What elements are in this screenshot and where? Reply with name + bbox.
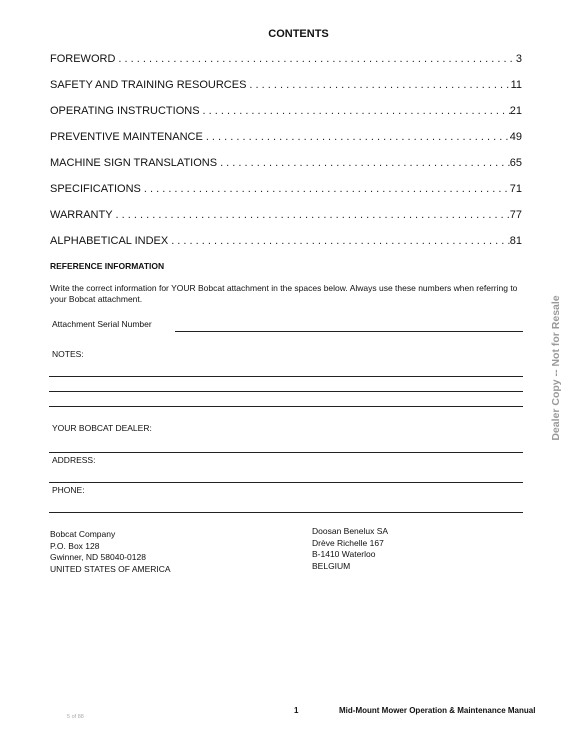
notes-line-3[interactable] bbox=[49, 406, 523, 407]
eu-address-line: Doosan Benelux SA bbox=[312, 526, 388, 538]
dealer-copy-watermark: Dealer Copy -- Not for Resale bbox=[550, 295, 562, 440]
toc-leader bbox=[116, 209, 510, 221]
toc-label: WARRANTY bbox=[50, 209, 116, 221]
reference-heading: REFERENCE INFORMATION bbox=[50, 261, 164, 271]
serial-number-label: Attachment Serial Number bbox=[52, 319, 152, 329]
toc-page: 3 bbox=[516, 53, 522, 65]
toc-label: MACHINE SIGN TRANSLATIONS bbox=[50, 157, 220, 169]
toc-page: 77 bbox=[510, 209, 522, 221]
dealer-field[interactable] bbox=[49, 452, 523, 453]
toc-page: 49 bbox=[510, 131, 522, 143]
reference-intro: Write the correct information for YOUR B… bbox=[50, 283, 525, 305]
toc-leader bbox=[249, 79, 510, 91]
eu-address: Doosan Benelux SA Drève Richelle 167 B-1… bbox=[312, 526, 388, 572]
serial-number-field[interactable] bbox=[175, 331, 523, 332]
dealer-label: YOUR BOBCAT DEALER: bbox=[52, 423, 152, 433]
notes-label: NOTES: bbox=[52, 349, 84, 359]
toc-label: ALPHABETICAL INDEX bbox=[50, 235, 171, 247]
toc-leader bbox=[118, 53, 515, 65]
toc-leader bbox=[203, 105, 510, 117]
address-label: ADDRESS: bbox=[52, 455, 95, 465]
footer-page-number: 1 bbox=[294, 706, 298, 715]
toc-label: FOREWORD bbox=[50, 53, 118, 65]
toc-entry-safety[interactable]: SAFETY AND TRAINING RESOURCES 11 bbox=[50, 79, 522, 93]
toc-entry-index[interactable]: ALPHABETICAL INDEX 81 bbox=[50, 235, 522, 249]
phone-field[interactable] bbox=[49, 512, 523, 513]
toc-label: PREVENTIVE MAINTENANCE bbox=[50, 131, 206, 143]
us-address: Bobcat Company P.O. Box 128 Gwinner, ND … bbox=[50, 529, 171, 575]
toc-leader bbox=[220, 157, 510, 169]
eu-address-line: BELGIUM bbox=[312, 561, 388, 573]
us-address-line: P.O. Box 128 bbox=[50, 541, 171, 553]
toc-page: 21 bbox=[510, 105, 522, 117]
us-address-line: Gwinner, ND 58040-0128 bbox=[50, 552, 171, 564]
phone-label: PHONE: bbox=[52, 485, 85, 495]
notes-line-2[interactable] bbox=[49, 391, 523, 392]
toc-leader bbox=[206, 131, 510, 143]
footer-manual-title: Mid-Mount Mower Operation & Maintenance … bbox=[339, 706, 535, 715]
notes-line-1[interactable] bbox=[49, 376, 523, 377]
toc-entry-foreword[interactable]: FOREWORD 3 bbox=[50, 53, 522, 67]
address-field[interactable] bbox=[49, 482, 523, 483]
footer-page-count: 5 of 88 bbox=[67, 714, 84, 720]
contents-title: CONTENTS bbox=[0, 28, 569, 40]
toc-entry-sign-translations[interactable]: MACHINE SIGN TRANSLATIONS 65 bbox=[50, 157, 522, 171]
toc-label: SPECIFICATIONS bbox=[50, 183, 144, 195]
toc-page: 81 bbox=[510, 235, 522, 247]
toc-label: OPERATING INSTRUCTIONS bbox=[50, 105, 203, 117]
us-address-line: UNITED STATES OF AMERICA bbox=[50, 564, 171, 576]
toc-entry-specifications[interactable]: SPECIFICATIONS 71 bbox=[50, 183, 522, 197]
toc-page: 71 bbox=[510, 183, 522, 195]
toc-entry-warranty[interactable]: WARRANTY 77 bbox=[50, 209, 522, 223]
toc-entry-operating[interactable]: OPERATING INSTRUCTIONS 21 bbox=[50, 105, 522, 119]
toc-label: SAFETY AND TRAINING RESOURCES bbox=[50, 79, 249, 91]
toc-leader bbox=[144, 183, 510, 195]
us-address-line: Bobcat Company bbox=[50, 529, 171, 541]
toc-page: 65 bbox=[510, 157, 522, 169]
eu-address-line: B-1410 Waterloo bbox=[312, 549, 388, 561]
toc-leader bbox=[171, 235, 510, 247]
toc-page: 11 bbox=[511, 79, 522, 91]
toc-entry-maintenance[interactable]: PREVENTIVE MAINTENANCE 49 bbox=[50, 131, 522, 145]
eu-address-line: Drève Richelle 167 bbox=[312, 538, 388, 550]
